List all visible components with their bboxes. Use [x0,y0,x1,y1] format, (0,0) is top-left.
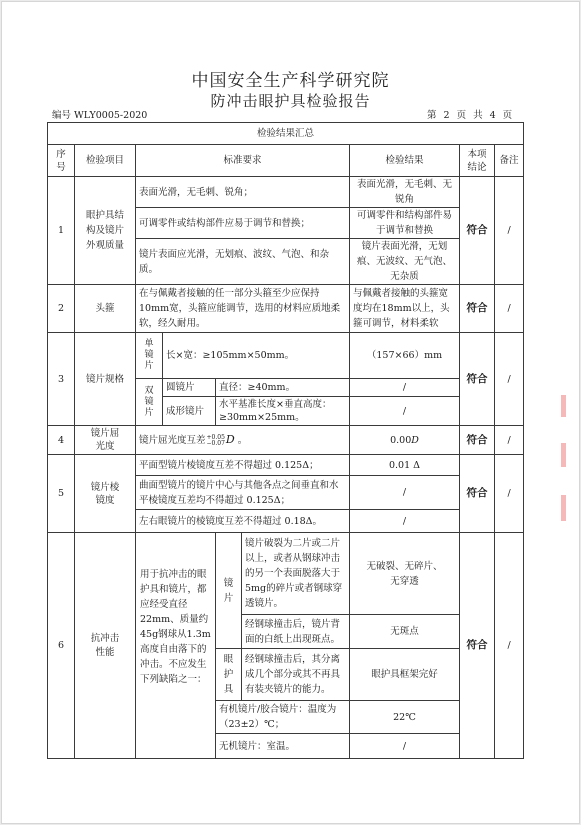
row3-shaped-standard: 水平基准长度×垂直高度：≥30mm×25mm。 [216,397,350,426]
row3-double-label: 双镜片 [136,379,163,426]
row5-result-2: / [350,476,460,510]
row4-seq: 4 [48,426,75,455]
row6-lens-result-2: 无斑点 [350,615,460,649]
table-header-row: 序号 检验项目 标准要求 检验结果 本项结论 备注 [48,145,524,177]
header-conclusion: 本项结论 [460,145,495,177]
row3-single-label: 单镜片 [136,333,163,379]
row2-conclusion: 符合 [460,285,495,333]
tolerance-fraction: +0.05−0.07 [207,435,225,447]
row6-eyewear-result: 眼护具框架完好 [350,649,460,701]
lens-label: 镜片 [224,578,234,604]
row4-standard: 镜片屈光度互差+0.05−0.07D 。 [136,426,350,455]
row6-item: 抗冲击性能 [75,533,136,759]
row1-seq: 1 [48,177,75,285]
table-row: 6 抗冲击性能 用于抗冲击的眼护具和镜片，都应经受直径22mm、质量约45g钢球… [48,533,524,615]
row3-shaped-label: 成形镜片 [163,397,216,426]
tolerance-lower: −0.07 [207,440,225,447]
table-row: 3 镜片规格 单镜片 长×宽：≥105mm×50mm。 （157×66）mm 符… [48,333,524,379]
table-caption: 检验结果汇总 [48,123,524,145]
row4-remarks: / [495,426,524,455]
report-number: 编号 WLY0005-2020 [52,107,147,121]
row4-result: 0.00D [350,426,460,455]
row1-conclusion: 符合 [460,177,495,285]
table-row: 4 镜片屈光度 镜片屈光度互差+0.05−0.07D 。 0.00D 符合 / [48,426,524,455]
header-standard: 标准要求 [136,145,350,177]
row3-item: 镜片规格 [75,333,136,426]
table-row: 5 镜片棱镜度 平面型镜片棱镜度互差不得超过 0.125Δ； 0.01 Δ 符合… [48,455,524,476]
row3-single-standard: 长×宽：≥105mm×50mm。 [163,333,350,379]
institution-name: 中国安全生产科学研究院 [0,66,581,91]
row3-seq: 3 [48,333,75,426]
diopter-unit: D [226,433,235,446]
row6-temp-result-2: / [350,734,460,759]
row6-temp-standard-2: 无机镜片：室温。 [216,734,350,759]
row2-seq: 2 [48,285,75,333]
row5-result-1: 0.01 Δ [350,455,460,476]
row5-standard-2: 曲面型镜片的镜片中心与其他各点之间垂直和水平棱镜度互差均不得超过 0.125Δ； [136,476,350,510]
table-row: 2 头箍 在与佩戴者接触的任一部分头箍至少应保持10mm宽，头箍应能调节，选用的… [48,285,524,333]
row2-item: 头箍 [75,285,136,333]
row1-standard-1: 表面光滑，无毛刺、锐角； [136,177,350,208]
row4-item: 镜片屈光度 [75,426,136,455]
row2-standard: 在与佩戴者接触的任一部分头箍至少应保持10mm宽，头箍应能调节，选用的材料应质地… [136,285,350,333]
row4-result-value: 0.00 [390,435,411,446]
row4-standard-suffix: 。 [238,435,248,446]
row5-result-3: / [350,510,460,533]
row6-eyewear-label: 眼护具 [216,649,242,701]
row1-standard-3: 镜片表面应光滑，无划痕、波纹、气泡、和杂质。 [136,239,350,285]
header-seq: 序号 [48,145,75,177]
row3-conclusion: 符合 [460,333,495,426]
row6-remarks: / [495,533,524,759]
row4-standard-text: 镜片屈光度互差 [139,435,206,446]
row1-result-3: 镜片表面光滑，无划痕、无波纹、无气泡、无杂质 [350,239,460,285]
row4-result-unit: D [411,435,419,446]
eyewear-label: 眼护具 [224,654,234,695]
row6-temp-result-1: 22℃ [350,701,460,734]
row5-item: 镜片棱镜度 [75,455,136,533]
table-row: 1 眼护具结构及镜片外观质量 表面光滑，无毛刺、锐角； 表面光滑，无毛刺、无锐角… [48,177,524,208]
row1-remarks: / [495,177,524,285]
row5-conclusion: 符合 [460,455,495,533]
header-result: 检验结果 [350,145,460,177]
row6-lens-result-1: 无破裂、无碎片、无穿透 [350,533,460,615]
row1-item: 眼护具结构及镜片外观质量 [75,177,136,285]
row5-standard-1: 平面型镜片棱镜度互差不得超过 0.125Δ； [136,455,350,476]
row5-seq: 5 [48,455,75,533]
row5-standard-3: 左右眼镜片的棱镜度互差不得超过 0.18Δ。 [136,510,350,533]
row6-seq: 6 [48,533,75,759]
row4-conclusion: 符合 [460,426,495,455]
row3-remarks: / [495,333,524,426]
header-remarks: 备注 [495,145,524,177]
row1-result-1: 表面光滑，无毛刺、无锐角 [350,177,460,208]
row2-remarks: / [495,285,524,333]
row3-single-result: （157×66）mm [350,333,460,379]
single-lens-label: 单镜片 [144,339,153,371]
row1-result-2: 可调零件和结构部件易于调节和替换 [350,208,460,239]
results-summary-table: 检验结果汇总 序号 检验项目 标准要求 检验结果 本项结论 备注 1 眼护具结构… [47,122,524,759]
row6-lens-label: 镜片 [216,533,242,649]
row2-result: 与佩戴者接触的头箍宽度均在18mm以上，头箍可调节，材料柔软 [350,285,460,333]
row3-round-standard: 直径：≥40mm。 [216,379,350,397]
row6-lens-standard-2: 经钢球撞击后，镜片背面的白纸上出现斑点。 [242,615,350,649]
row3-round-result: / [350,379,460,397]
row6-description: 用于抗冲击的眼护具和镜片，都应经受直径22mm、质量约45g钢球从1.3m高度自… [136,533,216,759]
row6-temp-standard-1: 有机镜片/胶合镜片：温度为（23±2）℃； [216,701,350,734]
double-lens-label: 双镜片 [144,386,153,418]
row3-shaped-result: / [350,397,460,426]
row6-eyewear-standard: 经钢球撞击后，其分离成几个部分或其不再具有装夹镜片的能力。 [242,649,350,701]
row6-conclusion: 符合 [460,533,495,759]
row6-lens-standard-1: 镜片破裂为二片或二片以上，或者从钢球冲击的另一个表面脱落大于5mg的碎片或者钢球… [242,533,350,615]
row3-round-label: 圆镜片 [163,379,216,397]
page-indicator: 第 2 页 共 4 页 [427,107,514,121]
seal-stamp-fragment [561,395,567,525]
row1-standard-2: 可调零件或结构部件应易于调节和替换； [136,208,350,239]
row5-remarks: / [495,455,524,533]
header-item: 检验项目 [75,145,136,177]
